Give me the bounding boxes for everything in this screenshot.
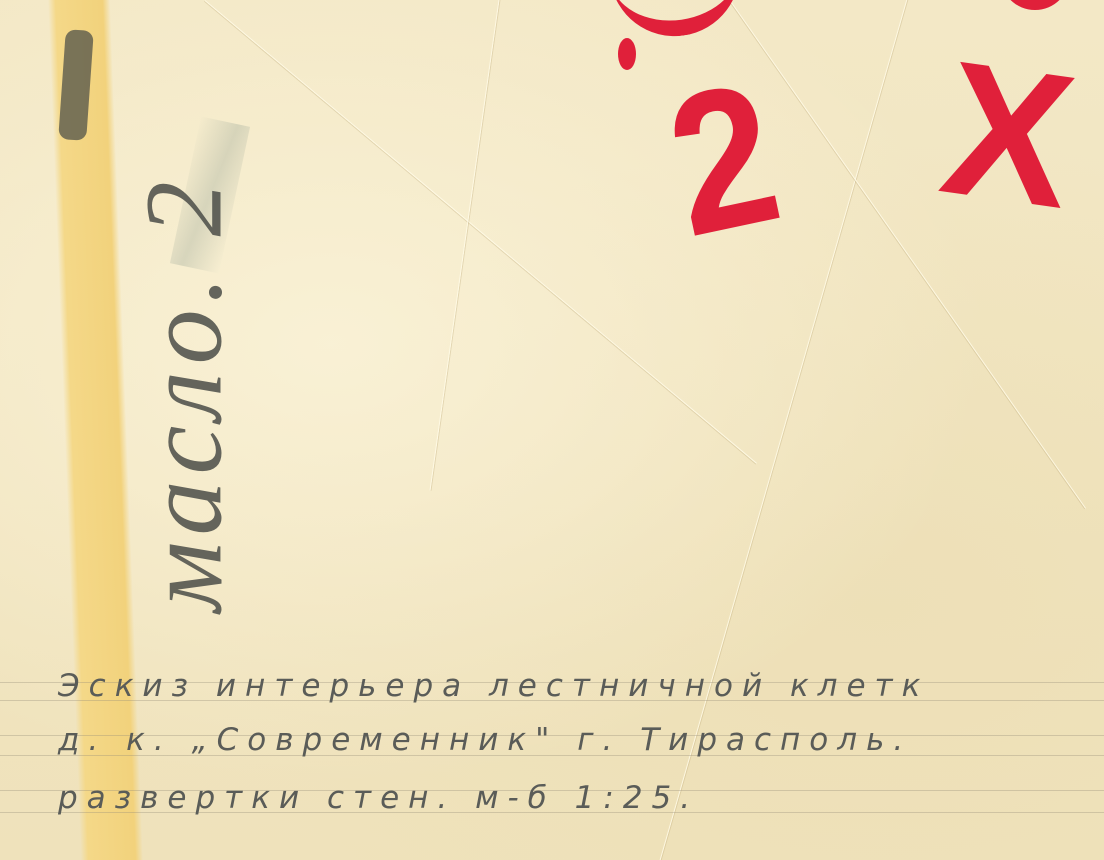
red-ink-dot [618,38,636,70]
red-cross-mark: X [932,32,1084,238]
caption-line-title: Эскиз интерьера лестничной клетк [58,668,929,704]
caption-line-location: д. к. „Современник" г. Тирасполь. [58,722,912,758]
margin-note-vertical: масло. 2 [121,175,248,611]
caption-line-scale: развертки стен. м-б 1:25. [58,780,699,816]
